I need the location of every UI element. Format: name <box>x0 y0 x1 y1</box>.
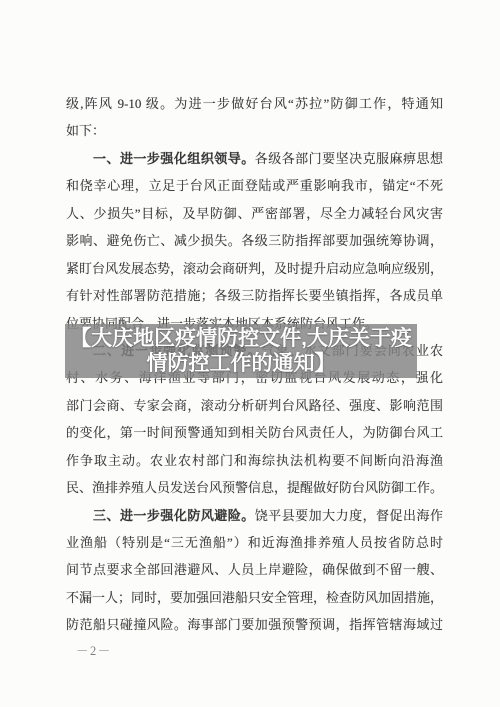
document-text: 级,阵风 9-10 级。为进一步做好台风“苏拉”防御工作，特通知 <box>66 96 443 111</box>
document-text: 有针对性部署防范措施；各级三防指挥长要坐镇指挥，各成员单 <box>66 288 443 303</box>
document-line: 不漏一人；同时，要加强回港船只安全管理，检查防风加固措施， <box>66 584 443 611</box>
document-line: 有针对性部署防范措施；各级三防指挥长要坐镇指挥，各成员单 <box>66 282 443 309</box>
document-line: 一、进一步强化组织领导。各级各部门要坚决克服麻痹思想 <box>66 145 443 172</box>
document-line: 人、少损失”目标，及早防御、严密部署，尽全力减轻台风灾害 <box>66 200 443 227</box>
document-text: 业渔船（特别是“三无渔船”）和近海渔排养殖人员按省防总时 <box>66 535 443 550</box>
document-line: 的变化，第一时间预警通知到相关防台风责任人，为防御台风工 <box>66 419 443 446</box>
document-line: 级,阵风 9-10 级。为进一步做好台风“苏拉”防御工作，特通知 <box>66 90 443 117</box>
document-text: 不漏一人；同时，要加强回港船只安全管理，检查防风加固措施， <box>66 590 443 605</box>
document-line: 三、进一步强化防风避险。饶平县要加大力度，督促出海作 <box>66 502 443 529</box>
document-line: 和侥幸心理，立足于台风正面登陆或严重影响我市，锚定“不死 <box>66 172 443 199</box>
document-text: 间节点要求全部回港避风、人员上岸避险，确保做到不留一艘、 <box>66 562 443 577</box>
document-line: 民、渔排养殖人员发送台风预警信息，提醒做好防台风防御工作。 <box>66 474 443 501</box>
document-text: 如下： <box>66 123 105 138</box>
document-text: 各级各部门要坚决克服麻痹思想 <box>255 151 443 166</box>
document-text: 的变化，第一时间预警通知到相关防台风责任人，为防御台风工 <box>66 425 443 440</box>
document-text: 紧盯台风发展态势，滚动会商研判，及时提升启动应急响应级别， <box>66 261 443 276</box>
document-text: 人、少损失”目标，及早防御、严密部署，尽全力减轻台风灾害 <box>66 206 443 221</box>
document-line: 紧盯台风发展态势，滚动会商研判，及时提升启动应急响应级别， <box>66 255 443 282</box>
document-line: 部门会商、专家会商，滚动分析研判台风路径、强度、影响范围 <box>66 392 443 419</box>
document-line: 间节点要求全部回港避风、人员上岸避险，确保做到不留一艘、 <box>66 556 443 583</box>
document-text: 民、渔排养殖人员发送台风预警信息，提醒做好防台风防御工作。 <box>66 480 443 495</box>
page-number: －2－ <box>76 641 112 659</box>
document-text: 和侥幸心理，立足于台风正面登陆或严重影响我市，锚定“不死 <box>66 178 443 193</box>
document-line: 如下： <box>66 117 443 144</box>
watermark-title-line: 情防控工作的通知】 <box>147 351 336 377</box>
document-line: 业渔船（特别是“三无渔船”）和近海渔排养殖人员按省防总时 <box>66 529 443 556</box>
document-line: 防范船只碰撞风险。海事部门要加强预警预调，指挥管辖海域过 <box>66 611 443 638</box>
document-text: 防范船只碰撞风险。海事部门要加强预警预调，指挥管辖海域过 <box>66 617 443 632</box>
document-heading-text: 三、进一步强化防风避险。 <box>93 508 255 523</box>
document-text: 作争取主动。农业农村部门和海综执法机构要不间断向沿海渔 <box>66 453 443 468</box>
document-line: 影响、避免伤亡、减少损失。各级三防指挥部要加强统筹协调， <box>66 227 443 254</box>
document-text: 饶平县要加大力度，督促出海作 <box>255 508 443 523</box>
watermark-overlay: 【大庆地区疫情防控文件,大庆关于疫 情防控工作的通知】 <box>65 324 417 378</box>
document-text: 影响、避免伤亡、减少损失。各级三防指挥部要加强统筹协调， <box>66 233 443 248</box>
watermark-title-line: 【大庆地区疫情防控文件,大庆关于疫 <box>70 326 412 352</box>
document-heading-text: 一、进一步强化组织领导。 <box>93 151 255 166</box>
document-line: 作争取主动。农业农村部门和海综执法机构要不间断向沿海渔 <box>66 447 443 474</box>
document-page: 级,阵风 9-10 级。为进一步做好台风“苏拉”防御工作，特通知如下：一、进一步… <box>0 0 500 707</box>
document-text: 部门会商、专家会商，滚动分析研判台风路径、强度、影响范围 <box>66 398 443 413</box>
